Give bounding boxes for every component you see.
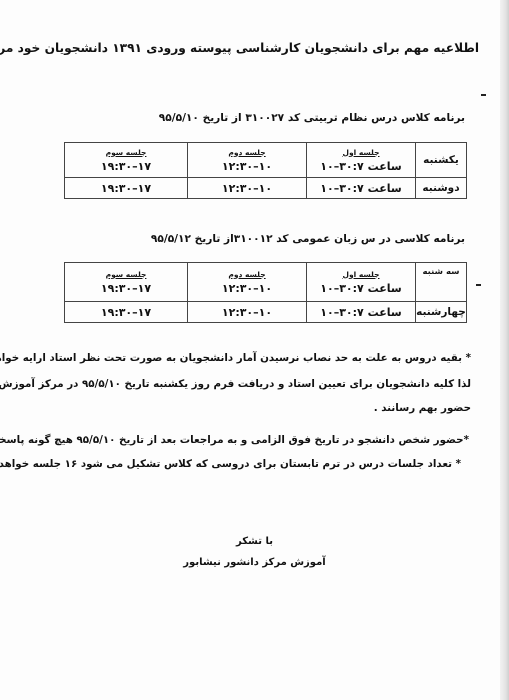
note-paragraph-3: *حضور شخص دانشجو در تاریخ فوق الزامی و ب… — [0, 434, 469, 446]
schedule-table-1: یکشنبه جلسه اول ساعت ۳۰:۷–۱۰ جلسه دوم ۱۰… — [64, 142, 467, 199]
schedule-heading-1: برنامه کلاس درس نظام تربیتی کد ۳۱۰۰۲۷ از… — [159, 112, 465, 124]
session-time: ۱۰–۱۲:۳۰ — [188, 280, 306, 297]
session-1-cell: ساعت ۳۰:۷–۱۰ — [307, 302, 416, 323]
note-paragraph-2-line-1: لذا کلیه دانشجویان برای تعیین استاد و در… — [0, 378, 471, 390]
table-row: چهارشنبه ساعت ۳۰:۷–۱۰ ۱۰–۱۲:۳۰ ۱۷–۱۹:۳۰ — [65, 302, 467, 323]
session-label: جلسه دوم — [188, 146, 306, 158]
session-label: جلسه دوم — [188, 268, 306, 280]
page-edge-shadow — [500, 0, 509, 700]
day-cell: یکشنبه — [416, 143, 467, 178]
session-time: ساعت ۳۰:۷–۱۰ — [307, 280, 415, 297]
session-label: جلسه اول — [307, 268, 415, 280]
scan-mark — [481, 94, 486, 96]
session-time: ۱۰–۱۲:۳۰ — [188, 158, 306, 175]
session-1-cell: ساعت ۳۰:۷–۱۰ — [307, 178, 416, 199]
note-paragraph-2-line-2: حضور بهم رسانند . — [374, 402, 471, 414]
session-time: ۱۷–۱۹:۳۰ — [65, 158, 187, 175]
day-cell: چهارشنبه — [416, 302, 467, 323]
note-paragraph-4: * تعداد جلسات درس در ترم تابستان برای در… — [0, 458, 461, 470]
scan-mark — [476, 284, 481, 286]
session-label: جلسه سوم — [65, 146, 187, 158]
schedule-table-2: سه شنبه جلسه اول ساعت ۳۰:۷–۱۰ جلسه دوم ۱… — [64, 262, 467, 323]
session-label: جلسه اول — [307, 146, 415, 158]
session-2-cell: ۱۰–۱۲:۳۰ — [188, 178, 307, 199]
table-row: سه شنبه جلسه اول ساعت ۳۰:۷–۱۰ جلسه دوم ۱… — [65, 263, 467, 302]
scanned-document-page: اطلاعیه مهم برای دانشجویان کارشناسی پیوس… — [0, 0, 509, 700]
session-label: جلسه سوم — [65, 268, 187, 280]
session-3-cell: جلسه سوم ۱۷–۱۹:۳۰ — [65, 143, 188, 178]
schedule-heading-2: برنامه کلاسی در س زبان عمومی کد ۳۱۰۰۱۲از… — [151, 233, 465, 245]
session-2-cell: جلسه دوم ۱۰–۱۲:۳۰ — [188, 143, 307, 178]
session-1-cell: جلسه اول ساعت ۳۰:۷–۱۰ — [307, 263, 416, 302]
session-2-cell: ۱۰–۱۲:۳۰ — [188, 302, 307, 323]
note-paragraph-1: * بقیه دروس به علت به حد نصاب نرسیدن آما… — [0, 352, 471, 364]
session-3-cell: ۱۷–۱۹:۳۰ — [65, 178, 188, 199]
session-time: ۱۷–۱۹:۳۰ — [65, 280, 187, 297]
closing-text: با تشکر — [0, 536, 509, 547]
table-row: یکشنبه جلسه اول ساعت ۳۰:۷–۱۰ جلسه دوم ۱۰… — [65, 143, 467, 178]
session-time: ساعت ۳۰:۷–۱۰ — [307, 158, 415, 175]
signature-text: آموزش مرکز دانشور نیشابور — [0, 557, 509, 568]
session-1-cell: جلسه اول ساعت ۳۰:۷–۱۰ — [307, 143, 416, 178]
day-cell: سه شنبه — [416, 263, 467, 302]
announcement-title: اطلاعیه مهم برای دانشجویان کارشناسی پیوس… — [32, 41, 479, 55]
session-3-cell: ۱۷–۱۹:۳۰ — [65, 302, 188, 323]
table-row: دوشنبه ساعت ۳۰:۷–۱۰ ۱۰–۱۲:۳۰ ۱۷–۱۹:۳۰ — [65, 178, 467, 199]
day-cell: دوشنبه — [416, 178, 467, 199]
session-2-cell: جلسه دوم ۱۰–۱۲:۳۰ — [188, 263, 307, 302]
session-3-cell: جلسه سوم ۱۷–۱۹:۳۰ — [65, 263, 188, 302]
